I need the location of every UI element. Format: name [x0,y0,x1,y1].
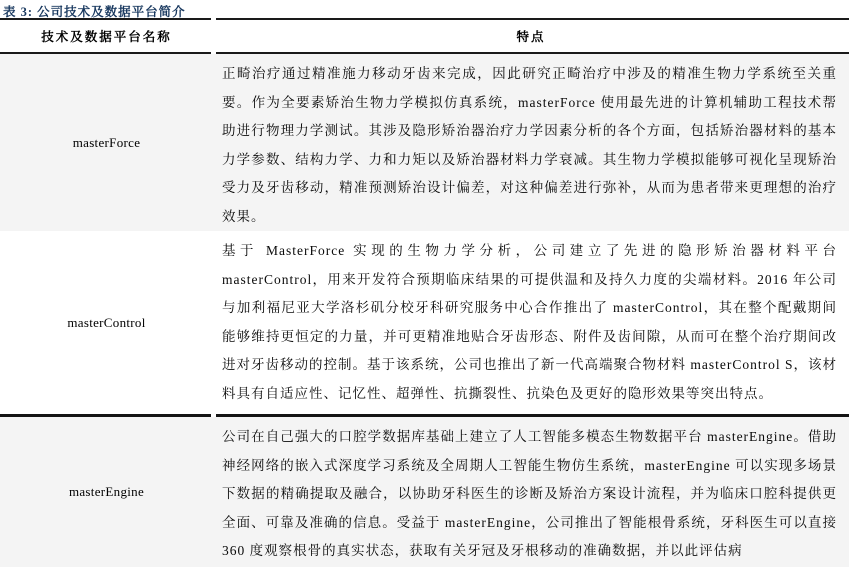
table-title: 表 3: 公司技术及数据平台简介 [0,0,849,18]
report-table-page: 表 3: 公司技术及数据平台简介 技术及数据平台名称 特点 masterForc… [0,0,849,567]
platform-name-cell: masterEngine [0,417,213,567]
table-row-mastercontrol: masterControl 基于 MasterForce 实现的生物力学分析，公… [0,231,849,414]
platform-name-cell: masterForce [0,54,213,231]
platform-feature-cell: 公司在自己强大的口腔学数据库基础上建立了人工智能多模态生物数据平台 master… [213,417,849,567]
platform-feature-cell: 正畸治疗通过精准施力移动牙齿来完成，因此研究正畸治疗中涉及的精准生物力学系统至关… [213,54,849,231]
header-platform-name: 技术及数据平台名称 [0,20,213,52]
platform-name-cell: masterControl [0,231,213,414]
header-feature: 特点 [213,20,849,52]
table-header-row: 技术及数据平台名称 特点 [0,20,849,52]
platform-feature-cell: 基于 MasterForce 实现的生物力学分析，公司建立了先进的隐形矫治器材料… [213,231,849,414]
table-row-masterengine: masterEngine 公司在自己强大的口腔学数据库基础上建立了人工智能多模态… [0,417,849,567]
table-row-masterforce: masterForce 正畸治疗通过精准施力移动牙齿来完成，因此研究正畸治疗中涉… [0,54,849,231]
